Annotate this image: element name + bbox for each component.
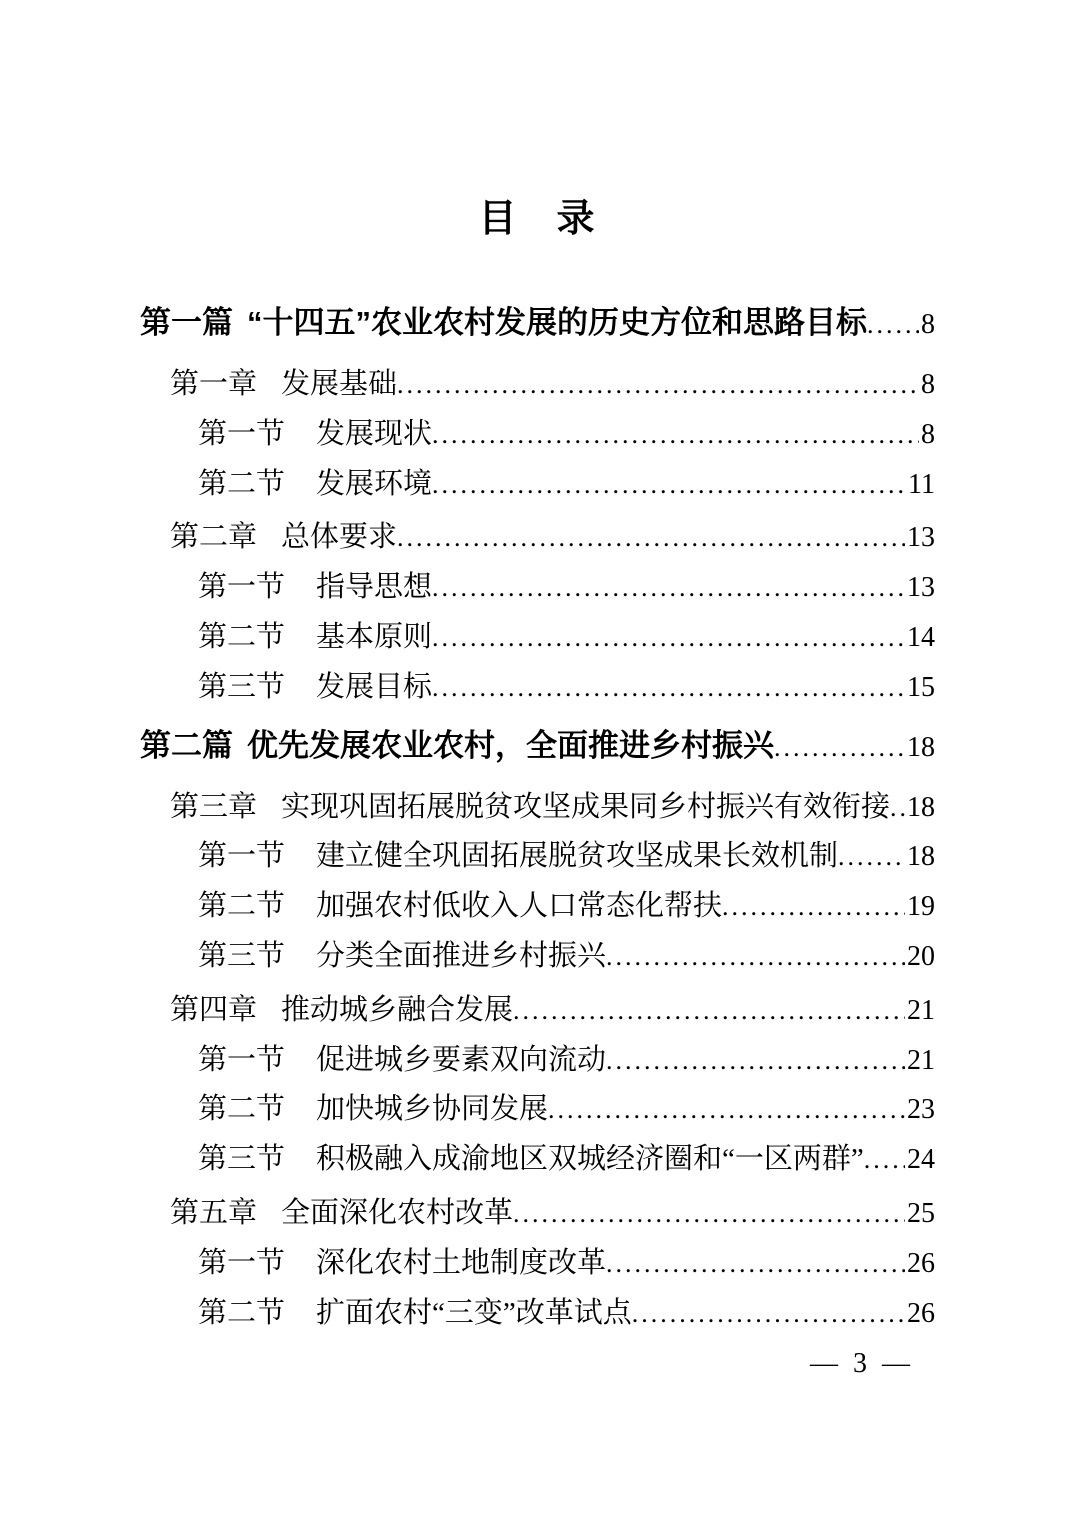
toc-entry[interactable]: 第一节 建立健全巩固拓展脱贫攻坚成果长效机制 .................… <box>198 832 935 882</box>
toc-entry-title: 基本原则 <box>316 613 432 662</box>
toc-entry-number: 第二篇 <box>140 721 233 771</box>
toc-entry-number: 第一节 <box>198 563 285 612</box>
page-title: 目 录 <box>0 196 1074 242</box>
document-page: 目 录 第一篇 “十四五”农业农村发展的历史方位和思路目标 ..........… <box>0 0 1074 1520</box>
toc-entry-number: 第五章 <box>170 1189 257 1238</box>
toc-entry-title: 积极融入成渝地区双城经济圈和“一区两群” <box>316 1135 864 1184</box>
toc-entry-number: 第三节 <box>198 663 285 712</box>
toc-entry-title: 优先发展农业农村，全面推进乡村振兴 <box>247 721 774 771</box>
toc-entry-number: 第二章 <box>170 513 257 562</box>
toc-entry-title: 深化农村土地制度改革 <box>316 1239 606 1288</box>
dot-leader: ........................................… <box>722 883 905 932</box>
toc-entry-page: 8 <box>919 411 935 460</box>
toc-entry[interactable]: 第二节 加快城乡协同发展 ...........................… <box>198 1085 935 1135</box>
toc-entry-title: 加快城乡协同发展 <box>316 1085 548 1134</box>
dot-leader: ........................................… <box>867 300 919 350</box>
toc-entry-number: 第二节 <box>198 1085 285 1134</box>
toc-entry[interactable]: 第二节 加强农村低收入人口常态化帮扶 .....................… <box>198 882 935 932</box>
toc-entry-number: 第一篇 <box>140 298 233 348</box>
toc-entry-title: 扩面农村“三变”改革试点 <box>316 1289 632 1338</box>
toc-entry-title: 发展目标 <box>316 663 432 712</box>
toc-entry[interactable]: 第四章 推动城乡融合发展 ...........................… <box>170 986 935 1036</box>
toc-entry-page: 23 <box>905 1086 935 1135</box>
toc-entry[interactable]: 第五章 全面深化农村改革 ...........................… <box>170 1189 935 1239</box>
toc-entry[interactable]: 第三章 实现巩固拓展脱贫攻坚成果同乡村振兴有效衔接 ..............… <box>170 783 935 833</box>
toc-entry-page: 18 <box>905 833 935 882</box>
toc-entry-title: 发展环境 <box>316 460 432 509</box>
toc-entry-number: 第二节 <box>198 882 285 931</box>
toc-entry-title: 全面深化农村改革 <box>281 1189 513 1238</box>
dot-leader: ........................................… <box>432 614 905 663</box>
toc-entry[interactable]: 第三节 发展目标 ...............................… <box>198 663 935 713</box>
toc-entry-number: 第二节 <box>198 460 285 509</box>
toc-entry-page: 19 <box>905 883 935 932</box>
dot-leader: ........................................… <box>548 1086 905 1135</box>
toc-entry-page: 24 <box>905 1136 935 1185</box>
toc-entry[interactable]: 第一节 发展现状 ...............................… <box>198 410 935 460</box>
dot-leader: ........................................… <box>774 723 905 773</box>
toc-entry-page: 13 <box>905 564 935 613</box>
toc-entry-number: 第二节 <box>198 1289 285 1338</box>
toc-entry-title: 分类全面推进乡村振兴 <box>316 932 606 981</box>
toc-entry[interactable]: 第二节 扩面农村“三变”改革试点 .......................… <box>198 1289 935 1339</box>
dot-leader: ........................................… <box>513 1190 905 1239</box>
toc-entry-page: 8 <box>919 361 935 410</box>
toc-entry-page: 14 <box>905 614 935 663</box>
toc-entry[interactable]: 第一节 指导思想 ...............................… <box>198 563 935 613</box>
toc-entry-title: 指导思想 <box>316 563 432 612</box>
toc-entry-title: “十四五”农业农村发展的历史方位和思路目标 <box>247 298 867 348</box>
dot-leader: ........................................… <box>432 461 906 510</box>
toc-entry-page: 21 <box>905 1037 935 1086</box>
toc-entry-title: 推动城乡融合发展 <box>281 986 513 1035</box>
dot-leader: ........................................… <box>397 514 905 563</box>
toc-entry[interactable]: 第一篇 “十四五”农业农村发展的历史方位和思路目标 ..............… <box>140 298 935 350</box>
toc-entry-title: 发展基础 <box>281 360 397 409</box>
toc-entry-page: 11 <box>906 461 935 510</box>
table-of-contents: 第一篇 “十四五”农业农村发展的历史方位和思路目标 ..............… <box>140 298 935 1338</box>
toc-entry-title: 加强农村低收入人口常态化帮扶 <box>316 882 722 931</box>
toc-entry-number: 第四章 <box>170 986 257 1035</box>
toc-entry-page: 18 <box>905 723 935 773</box>
toc-entry-number: 第一节 <box>198 832 285 881</box>
toc-entry[interactable]: 第三节 分类全面推进乡村振兴 .........................… <box>198 932 935 982</box>
toc-entry-number: 第三章 <box>170 783 257 832</box>
toc-entry[interactable]: 第一节 促进城乡要素双向流动 .........................… <box>198 1036 935 1086</box>
toc-entry-number: 第三节 <box>198 932 285 981</box>
page-number: — 3 — <box>810 1348 910 1379</box>
dot-leader: ........................................… <box>432 564 905 613</box>
toc-entry[interactable]: 第二篇 优先发展农业农村，全面推进乡村振兴 ..................… <box>140 721 935 773</box>
toc-entry-page: 18 <box>905 784 935 833</box>
toc-entry-number: 第三节 <box>198 1135 285 1184</box>
toc-entry[interactable]: 第三节 积极融入成渝地区双城经济圈和“一区两群” ...............… <box>198 1135 935 1185</box>
toc-entry[interactable]: 第二节 发展环境 ...............................… <box>198 460 935 510</box>
toc-entry-page: 25 <box>905 1190 935 1239</box>
toc-entry[interactable]: 第一节 深化农村土地制度改革 .........................… <box>198 1239 935 1289</box>
toc-entry[interactable]: 第一章 发展基础 ...............................… <box>170 360 935 410</box>
dot-leader: ........................................… <box>606 933 905 982</box>
dot-leader: ........................................… <box>890 784 905 833</box>
toc-entry-title: 总体要求 <box>281 513 397 562</box>
toc-entry-number: 第二节 <box>198 613 285 662</box>
dot-leader: ........................................… <box>606 1037 905 1086</box>
toc-entry-page: 8 <box>919 300 935 350</box>
toc-entry-number: 第一节 <box>198 1036 285 1085</box>
dot-leader: ........................................… <box>632 1290 905 1339</box>
toc-entry[interactable]: 第二章 总体要求 ...............................… <box>170 513 935 563</box>
dot-leader: ........................................… <box>432 411 919 460</box>
dot-leader: ........................................… <box>838 833 905 882</box>
toc-entry-page: 26 <box>905 1240 935 1289</box>
toc-entry-number: 第一节 <box>198 410 285 459</box>
toc-entry-number: 第一节 <box>198 1239 285 1288</box>
toc-entry-page: 20 <box>905 933 935 982</box>
dot-leader: ........................................… <box>513 987 905 1036</box>
toc-entry-title: 促进城乡要素双向流动 <box>316 1036 606 1085</box>
toc-entry-title: 实现巩固拓展脱贫攻坚成果同乡村振兴有效衔接 <box>281 783 890 832</box>
toc-entry-title: 建立健全巩固拓展脱贫攻坚成果长效机制 <box>316 832 838 881</box>
dot-leader: ........................................… <box>864 1136 905 1185</box>
page-footer: — 3 — <box>810 1348 910 1380</box>
toc-entry-page: 15 <box>905 664 935 713</box>
toc-entry-title: 发展现状 <box>316 410 432 459</box>
dot-leader: ........................................… <box>606 1240 905 1289</box>
toc-entry-page: 13 <box>905 514 935 563</box>
dot-leader: ........................................… <box>432 664 905 713</box>
toc-entry-page: 21 <box>905 987 935 1036</box>
dot-leader: ........................................… <box>397 361 919 410</box>
toc-entry[interactable]: 第二节 基本原则 ...............................… <box>198 613 935 663</box>
toc-entry-page: 26 <box>905 1290 935 1339</box>
toc-entry-number: 第一章 <box>170 360 257 409</box>
